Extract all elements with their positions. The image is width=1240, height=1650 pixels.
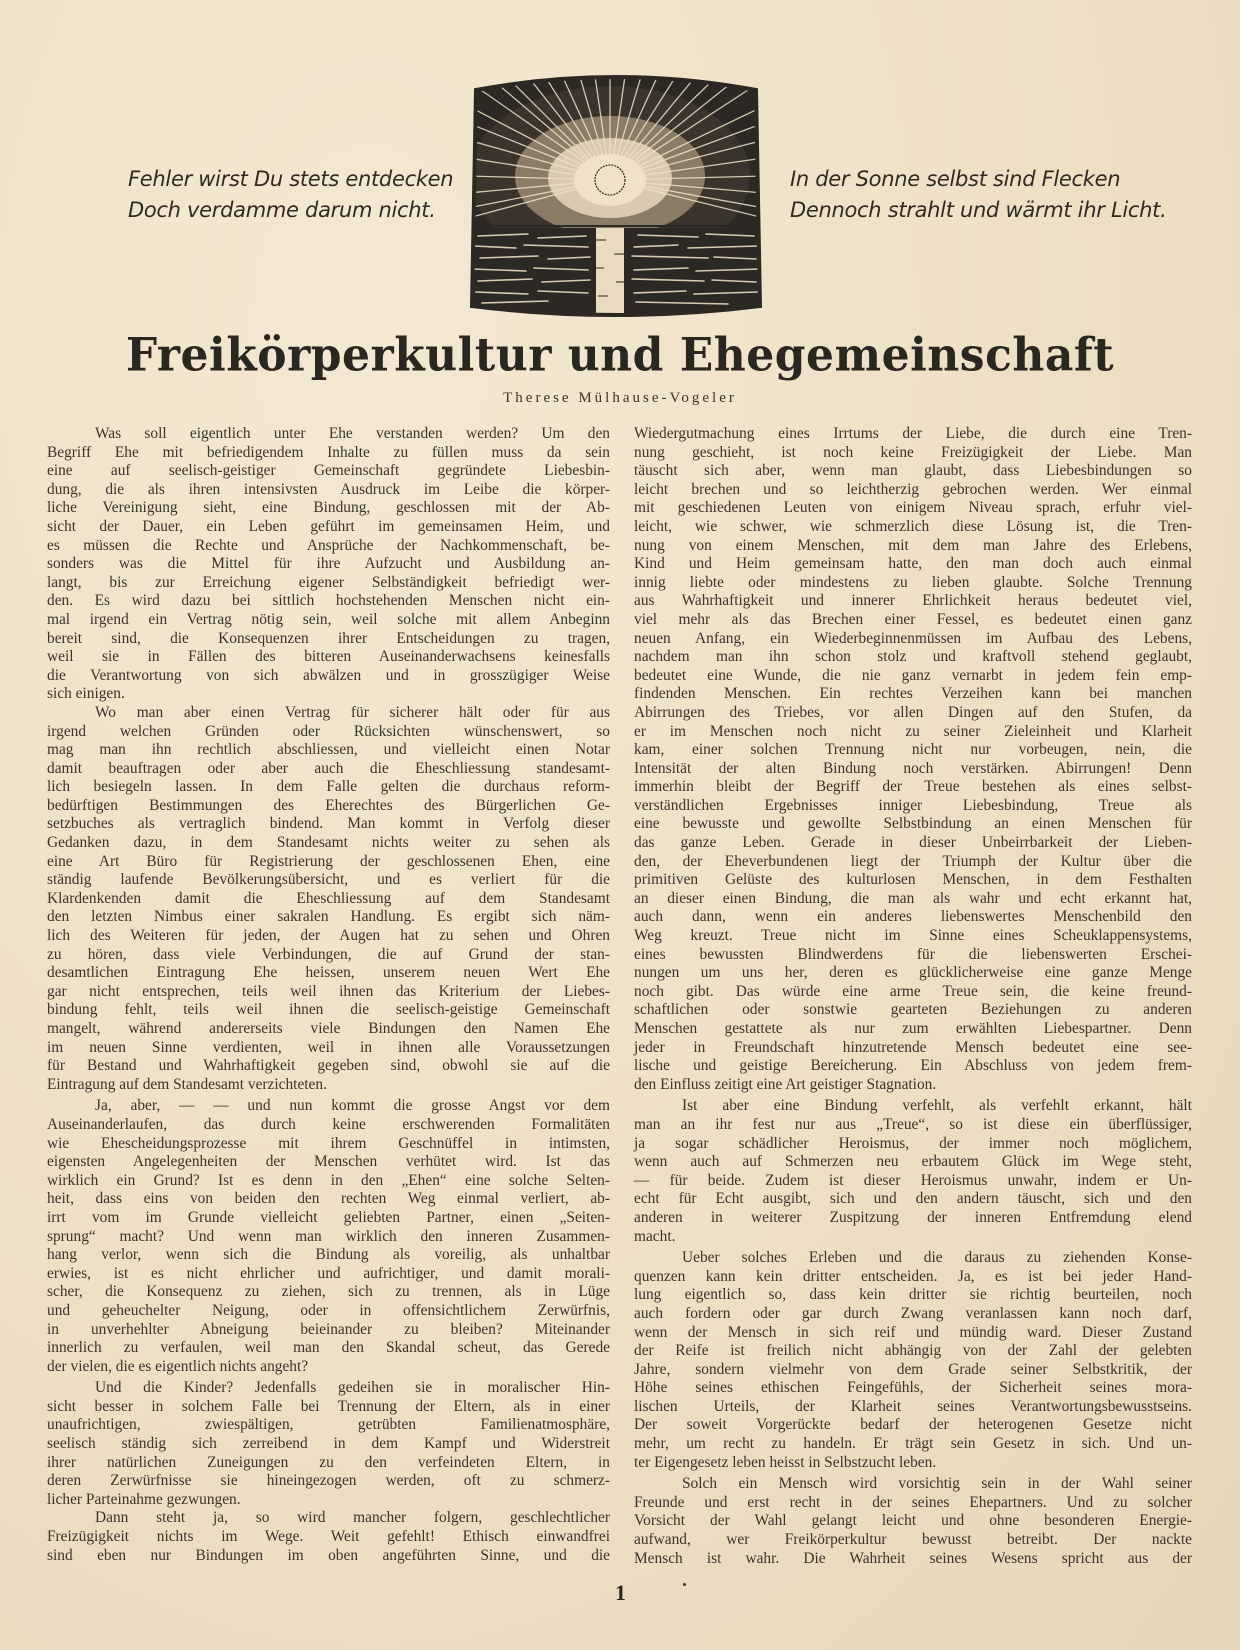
text-line: lich besiegeln lassen. In dem Falle gelt…: [47, 778, 610, 797]
text-line: schaftlichen oder sonstwie gearteten Bez…: [634, 1001, 1192, 1020]
paragraph: Ja, aber, — — und nun kommt die grosse A…: [47, 1097, 610, 1376]
text-line: auch dann, wenn ein anderes liebenswerte…: [634, 908, 1192, 927]
text-line: sicht besser in solchem Falle bei Trennu…: [47, 1398, 610, 1417]
motto-left-line-2: Doch verdamme darum nicht.: [128, 195, 453, 226]
text-line: kam, einer solchen Trennung nicht nur vo…: [634, 741, 1192, 760]
text-line: Ist aber eine Bindung verfehlt, als verf…: [634, 1097, 1192, 1116]
text-line: bereit sind, die Konsequenzen ihrer Ents…: [47, 630, 610, 649]
text-line: neuen Anfang, ein Wiederbeginnenmüssen i…: [634, 630, 1192, 649]
text-line: ja sogar schädlicher Heroismus, der imme…: [634, 1135, 1192, 1154]
text-line: licher Parteinahme gezwungen.: [47, 1491, 610, 1510]
text-line: lung eigentlich so, dass kein dritter si…: [634, 1286, 1192, 1305]
text-line: Freizügigkeit nichts im Wege. Weit gefeh…: [47, 1528, 610, 1547]
text-line: Klardenkenden damit die Eheschliessung a…: [47, 890, 610, 909]
text-line: liche Vereinigung sieht, eine Bindung, g…: [47, 499, 610, 518]
paragraph: Ist aber eine Bindung verfehlt, als verf…: [634, 1097, 1192, 1246]
text-line: primitiven Gelüste des kulturlosen Mensc…: [634, 871, 1192, 890]
text-line: Weg kreuzt. Treue nicht im Sinne eines S…: [634, 927, 1192, 946]
text-line: bedeutet eine Wunde, die nie ganz vernar…: [634, 667, 1192, 686]
text-line: Gedanken dazu, in dem Standesamt nichts …: [47, 834, 610, 853]
text-line: unaufrichtigen, zwiespältigen, getrübten…: [47, 1416, 610, 1435]
paragraph: Ueber solches Erleben und die daraus zu …: [634, 1249, 1192, 1472]
text-line: Solch ein Mensch wird vorsichtig sein in…: [634, 1475, 1192, 1494]
text-line: wenn der Mensch in sich reif und mündig …: [634, 1324, 1192, 1343]
text-line: die Verantwortung von sich abwälzen und …: [47, 667, 610, 686]
text-line: in unverhehlter Abneigung beieinander zu…: [47, 1321, 610, 1340]
text-line: Mensch ist wahr. Die Wahrheit seines Wes…: [634, 1550, 1192, 1569]
text-line: verständlichen Ergebnisses inniger Liebe…: [634, 797, 1192, 816]
text-line: aufwand, wer Freikörperkultur bewusst be…: [634, 1531, 1192, 1550]
text-line: immerhin bleibt der Begriff der Treue be…: [634, 778, 1192, 797]
text-line: bindung fehlt, teils weil ihnen die seel…: [47, 1001, 610, 1020]
text-line: Was soll eigentlich unter Ehe verstanden…: [47, 425, 610, 444]
text-column-right: Wiedergutmachung eines Irrtums der Liebe…: [634, 425, 1192, 1568]
text-line: Und die Kinder? Jedenfalls gedeihen sie …: [47, 1379, 610, 1398]
text-line: aus Wahrhaftigkeit und innerer Ehrlichke…: [634, 592, 1192, 611]
text-line: erwies, ist es nicht ehrlicher und aufri…: [47, 1265, 610, 1284]
text-line: Dann steht ja, so wird mancher folgern, …: [47, 1509, 610, 1528]
text-line: leicht, wie schwer, wie schmerzlich dies…: [634, 518, 1192, 537]
text-line: lich des Weiteren für jeden, der Augen h…: [47, 927, 610, 946]
text-line: Eintragung auf dem Standesamt verzichtet…: [47, 1076, 610, 1095]
text-line: setzbuches als vertraglich bindend. Man …: [47, 815, 610, 834]
text-line: leicht brechen und so leichtherzig gebro…: [634, 481, 1192, 500]
text-line: Wiedergutmachung eines Irrtums der Liebe…: [634, 425, 1192, 444]
paragraph: Was soll eigentlich unter Ehe verstanden…: [47, 425, 610, 704]
text-line: eine auf seelisch-geistiger Gemeinschaft…: [47, 462, 610, 481]
text-line: langt, bis zur Erreichung eigener Selbst…: [47, 574, 610, 593]
text-line: Höhe seines ethischen Feingefühls, der S…: [634, 1379, 1192, 1398]
text-line: den letzten Nimbus einer sakralen Handlu…: [47, 908, 610, 927]
text-line: weil sie in Fällen des bitteren Auseinan…: [47, 648, 610, 667]
text-line: mit geschiedenen Leuten von einigem Nive…: [634, 499, 1192, 518]
text-line: sind eben nur Bindungen im oben angeführ…: [47, 1547, 610, 1566]
motto-right: In der Sonne selbst sind Flecken Dennoch…: [790, 164, 1166, 226]
text-line: anderen in weiterer Zuspitzung der inner…: [634, 1209, 1192, 1228]
text-line: bedürftigen Bestimmungen des Eherechtes …: [47, 797, 610, 816]
text-line: viel mehr als das Brechen einer Fessel, …: [634, 611, 1192, 630]
text-line: zu hören, dass viele Verbindungen, die a…: [47, 946, 610, 965]
sun-over-sea-woodcut-illustration: [468, 68, 764, 318]
text-line: hang verlor, wenn sich die Bindung als v…: [47, 1246, 610, 1265]
text-line: eine Art Büro für Registrierung der gesc…: [47, 853, 610, 872]
text-line: sprung“ macht? Und wenn man wirklich den…: [47, 1228, 610, 1247]
text-line: wirklich ein Grund? Ist es denn in den „…: [47, 1172, 610, 1191]
text-line: und geheuchelter Neigung, oder in offens…: [47, 1302, 610, 1321]
text-line: mal irgend ein Vertrag nötig sein, weil …: [47, 611, 610, 630]
text-line: Menschen gestattete als nur zum erwählte…: [634, 1020, 1192, 1039]
text-line: macht.: [634, 1228, 1192, 1247]
text-line: Ja, aber, — — und nun kommt die grosse A…: [47, 1097, 610, 1116]
text-line: das ganze Leben. Gerade in dieser Unbeir…: [634, 834, 1192, 853]
text-line: Der soweit Vorgerückte bedarf der hetero…: [634, 1416, 1192, 1435]
text-line: für Bestand und Wahrhaftigkeit gegeben s…: [47, 1057, 610, 1076]
text-line: nung geschieht, ist noch keine Freizügig…: [634, 444, 1192, 463]
text-line: den. Es wird dazu bei sittlich hochstehe…: [47, 592, 610, 611]
text-line: mehr, um recht zu handeln. Er trägt sein…: [634, 1435, 1192, 1454]
text-line: deren Zerwürfnisse sie hineingezogen wer…: [47, 1472, 610, 1491]
text-line: eine bewusste und gewollte Selbstbindung…: [634, 815, 1192, 834]
text-line: ihrer natürlichen Zuneigungen zu den ver…: [47, 1454, 610, 1473]
text-line: Intensität der alten Bindung noch verstä…: [634, 760, 1192, 779]
paragraph: Und die Kinder? Jedenfalls gedeihen sie …: [47, 1379, 610, 1509]
text-line: irrt vom im Grunde vielleicht geliebten …: [47, 1209, 610, 1228]
magazine-page: Fehler wirst Du stets entdecken Doch ver…: [0, 0, 1240, 1650]
text-line: es müssen die Rechte und Ansprüche der N…: [47, 537, 610, 556]
text-line: dung, die als ihren intensivsten Ausdruc…: [47, 481, 610, 500]
motto-right-line-2: Dennoch strahlt und wärmt ihr Licht.: [790, 195, 1166, 226]
text-line: er im Menschen noch nicht zu seiner Ziel…: [634, 723, 1192, 742]
text-line: quenzen kann kein dritter entscheiden. J…: [634, 1268, 1192, 1287]
text-line: nachdem man ihn schon stolz und kraftvol…: [634, 648, 1192, 667]
motto-left-line-1: Fehler wirst Du stets entdecken: [128, 164, 453, 195]
text-line: noch gibt. Das würde eine arme Treue sei…: [634, 983, 1192, 1002]
text-line: wie Ehescheidungsprozesse mit ihrem Gesc…: [47, 1135, 610, 1154]
text-line: — für beide. Zudem ist dieser Heroismus …: [634, 1172, 1192, 1191]
paragraph: Solch ein Mensch wird vorsichtig sein in…: [634, 1475, 1192, 1568]
text-line: auch fordern oder gar durch Zwang veranl…: [634, 1305, 1192, 1324]
text-line: der vielen, die es eigentlich nichts ang…: [47, 1358, 610, 1377]
text-line: Wo man aber einen Vertrag für sicherer h…: [47, 704, 610, 723]
text-line: an dieser einen Bindung, die man als wah…: [634, 890, 1192, 909]
text-line: lischen Urteils, der Klarheit seines Ver…: [634, 1398, 1192, 1417]
paragraph: Dann steht ja, so wird mancher folgern, …: [47, 1509, 610, 1565]
text-column-left: Was soll eigentlich unter Ehe verstanden…: [47, 425, 610, 1565]
text-line: damit beauftragen oder aber auch die Ehe…: [47, 760, 610, 779]
text-line: mangelt, während andererseits viele Bind…: [47, 1020, 610, 1039]
text-line: ständig laufende Bevölkerungsübersicht, …: [47, 871, 610, 890]
text-line: seelisch ständig sich zerreibend in dem …: [47, 1435, 610, 1454]
text-line: sich einigen.: [47, 685, 610, 704]
text-line: den Einfluss zeitigt eine Art geistiger …: [634, 1076, 1192, 1095]
text-line: lische und geistige Bereicherung. Ein Ab…: [634, 1057, 1192, 1076]
text-line: Jahre, sondern vielmehr von dem Grade se…: [634, 1361, 1192, 1380]
text-line: findenden Menschen. Ein rechtes Verzeihe…: [634, 685, 1192, 704]
motto-right-line-1: In der Sonne selbst sind Flecken: [790, 164, 1166, 195]
text-line: den, der Eheverbundenen liegt der Triump…: [634, 853, 1192, 872]
text-line: eines bewussten Blindwerdens für die lie…: [634, 946, 1192, 965]
text-line: Auseinanderlaufen, das durch keine ersch…: [47, 1116, 610, 1135]
text-line: irgend welchen Gründen oder Rücksichten …: [47, 723, 610, 742]
text-line: im neuen Sinne verdienten, weil in ihnen…: [47, 1039, 610, 1058]
text-line: sicht der Dauer, ein Leben geführt im ge…: [47, 518, 610, 537]
text-line: Begriff Ehe mit befriedigendem Inhalte z…: [47, 444, 610, 463]
text-line: man an ihr fest nur aus „Treue“, so ist …: [634, 1116, 1192, 1135]
print-speck: [683, 1583, 686, 1586]
text-line: desamtlichen Eintragung Ehe heissen, uns…: [47, 964, 610, 983]
paragraph: Wiedergutmachung eines Irrtums der Liebe…: [634, 425, 1192, 1094]
text-line: mag man ihn rechtlich abschliessen, und …: [47, 741, 610, 760]
text-line: innig liebte oder mindestens zu lieben g…: [634, 574, 1192, 593]
text-line: scher, die Konsequenz zu ziehen, sich zu…: [47, 1283, 610, 1302]
text-line: nung von einem Menschen, mit dem man Jah…: [634, 537, 1192, 556]
page-number: 1: [615, 1580, 626, 1606]
text-line: eigensten Angelegenheiten der Menschen v…: [47, 1153, 610, 1172]
text-line: sonders was die Mittel für ihre Aufzucht…: [47, 555, 610, 574]
text-line: echt für Echt ausgibt, sich und den ande…: [634, 1190, 1192, 1209]
text-line: nungen um uns her, deren es glücklicherw…: [634, 964, 1192, 983]
article-title: Freikörperkultur und Ehegemeinschaft: [0, 329, 1240, 383]
text-line: Freunde und erst recht in der seines Ehe…: [634, 1494, 1192, 1513]
text-line: jeder in Freundschaft hinzutretende Mens…: [634, 1039, 1192, 1058]
text-line: Vorsicht der Wahl gelangt leicht und ohn…: [634, 1512, 1192, 1531]
text-line: Abirrungen des Triebes, vor allen Dingen…: [634, 704, 1192, 723]
text-line: heit, dass eins von beiden den rechten W…: [47, 1190, 610, 1209]
text-line: Kind und Heim gemeinsam hatte, den man d…: [634, 555, 1192, 574]
text-line: täuscht sich aber, wenn man glaubt, dass…: [634, 462, 1192, 481]
text-line: innerlich zu verfaulen, weil man den Ska…: [47, 1339, 610, 1358]
paragraph: Wo man aber einen Vertrag für sicherer h…: [47, 704, 610, 1094]
article-author: Therese Mülhause-Vogeler: [0, 390, 1240, 407]
text-line: ter Eigengesetz leben heisst in Selbstzu…: [634, 1454, 1192, 1473]
motto-left: Fehler wirst Du stets entdecken Doch ver…: [128, 164, 453, 226]
text-line: der Reife ist freilich nicht abhängig vo…: [634, 1342, 1192, 1361]
text-line: gar nicht entsprechen, teils weil ihnen …: [47, 983, 610, 1002]
text-line: wenn auch auf Schmerzen neu erbautem Glü…: [634, 1153, 1192, 1172]
text-line: Ueber solches Erleben und die daraus zu …: [634, 1249, 1192, 1268]
